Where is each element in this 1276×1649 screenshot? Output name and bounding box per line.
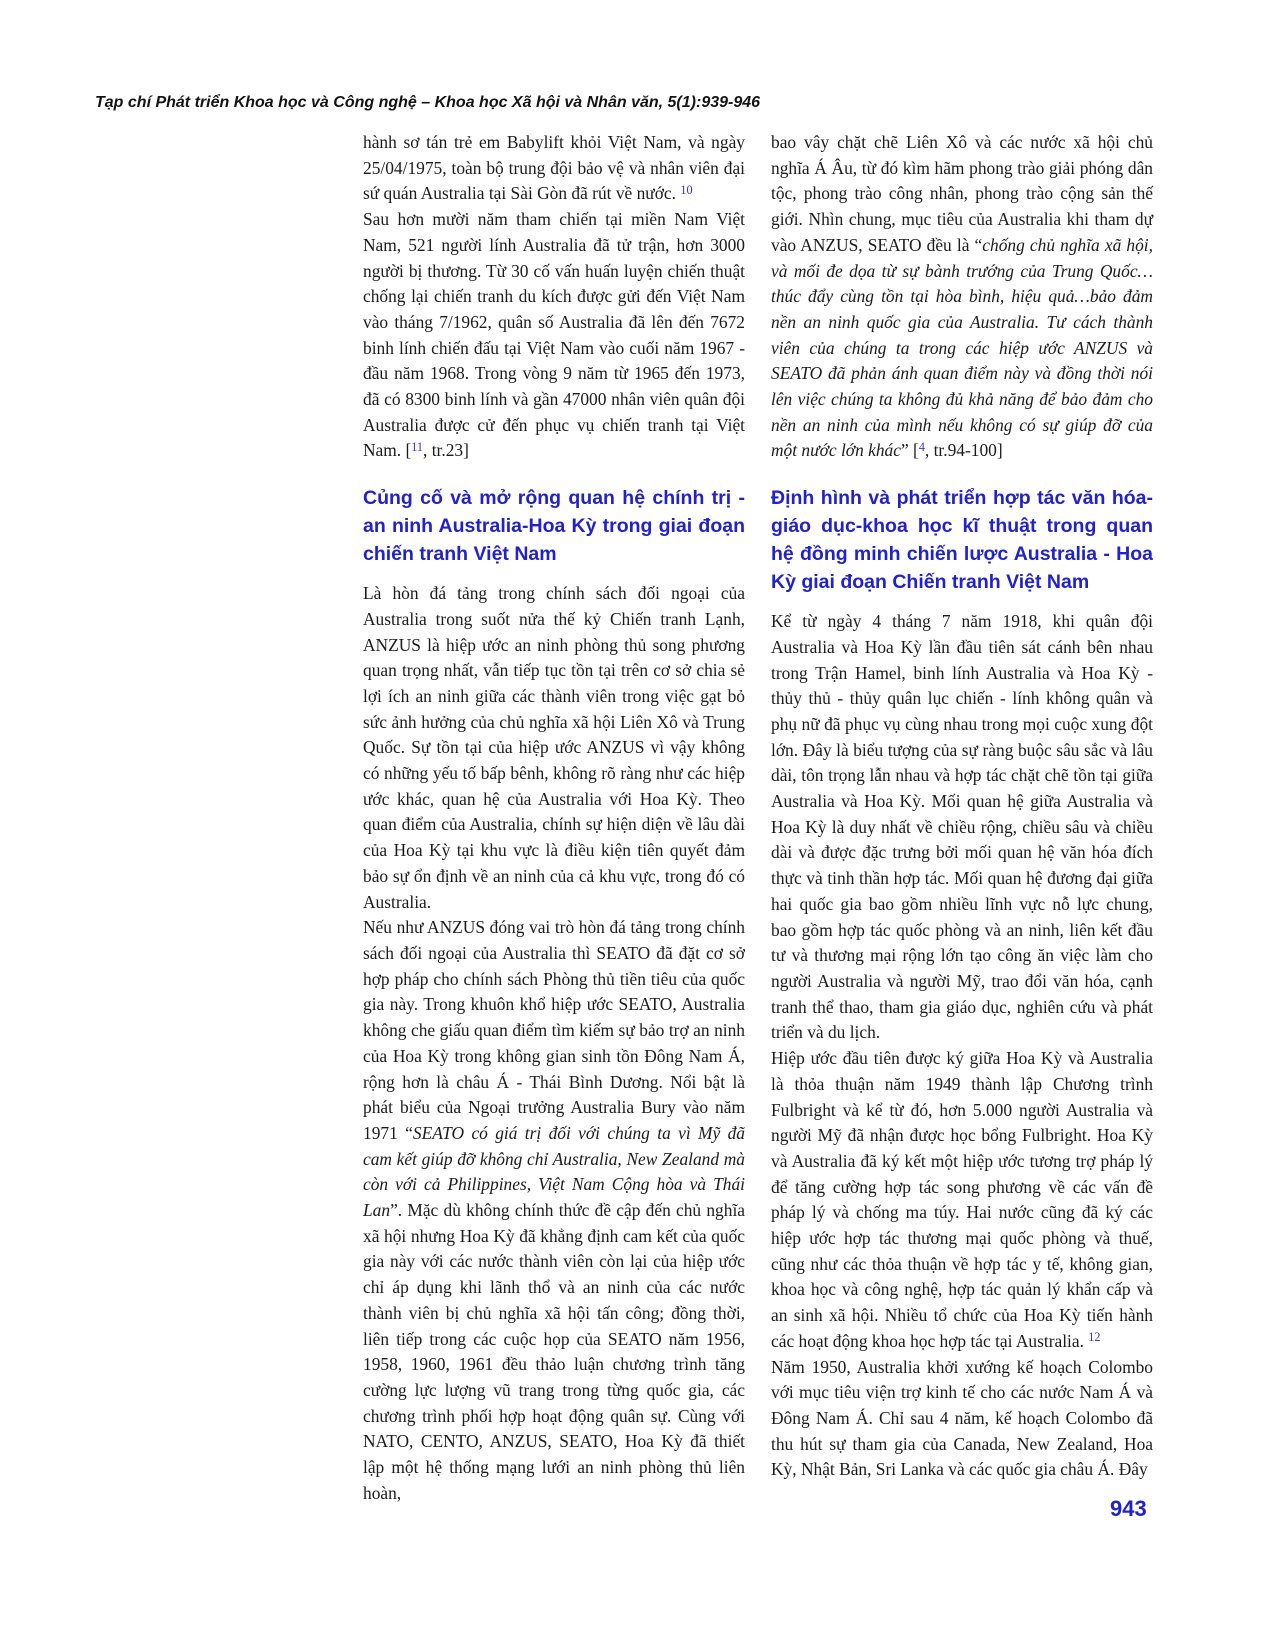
body-text: , tr.23]: [423, 440, 469, 460]
paragraph-hamel-alliance: Kể từ ngày 4 tháng 7 năm 1918, khi quân …: [771, 609, 1153, 1046]
body-text: Sau hơn mười năm tham chiến tại miền Nam…: [363, 209, 745, 460]
journal-header: Tạp chí Phát triển Khoa học và Công nghệ…: [95, 94, 760, 112]
section-heading-politics-security: Củng cố và mở rộng quan hệ chính trị - a…: [363, 484, 745, 568]
right-column: bao vây chặt chẽ Liên Xô và các nước xã …: [771, 130, 1153, 1506]
body-text: Năm 1950, Australia khởi xướng kế hoạch …: [771, 1357, 1153, 1480]
quoted-italic-text: chống chủ nghĩa xã hội, và mối đe dọa từ…: [771, 235, 1153, 461]
paragraph-war-casualties: Sau hơn mười năm tham chiến tại miền Nam…: [363, 207, 745, 464]
body-text: Hiệp ước đầu tiên được ký giữa Hoa Kỳ và…: [771, 1048, 1153, 1351]
two-column-layout: hành sơ tán trẻ em Babylift khỏi Việt Na…: [363, 130, 1153, 1506]
page-number: 943: [1110, 1496, 1147, 1522]
paragraph-anzus-treaty: Là hòn đá tảng trong chính sách đối ngoạ…: [363, 581, 745, 915]
paragraph-colombo-plan: Năm 1950, Australia khởi xướng kế hoạch …: [771, 1355, 1153, 1484]
paragraph-babylift-evacuation: hành sơ tán trẻ em Babylift khỏi Việt Na…: [363, 130, 745, 207]
citation-ref[interactable]: 10: [680, 183, 692, 197]
section-heading-culture-education: Định hình và phát triển hợp tác văn hóa-…: [771, 484, 1153, 596]
left-column: hành sơ tán trẻ em Babylift khỏi Việt Na…: [363, 130, 745, 1506]
body-text: , tr.94-100]: [925, 440, 1003, 460]
citation-ref[interactable]: 4: [919, 440, 925, 454]
paragraph-soviet-encirclement: bao vây chặt chẽ Liên Xô và các nước xã …: [771, 130, 1153, 464]
body-text: Là hòn đá tảng trong chính sách đối ngoạ…: [363, 583, 745, 911]
journal-page: Tạp chí Phát triển Khoa học và Công nghệ…: [0, 0, 1276, 1649]
body-text: Nếu như ANZUS đóng vai trò hòn đá tảng t…: [363, 917, 745, 1143]
body-text: Kể từ ngày 4 tháng 7 năm 1918, khi quân …: [771, 611, 1153, 1042]
citation-ref[interactable]: 12: [1088, 1330, 1100, 1344]
body-text: ” [: [901, 440, 919, 460]
citation-ref[interactable]: 11: [411, 440, 423, 454]
paragraph-seato-policy: Nếu như ANZUS đóng vai trò hòn đá tảng t…: [363, 915, 745, 1506]
paragraph-fulbright-agreements: Hiệp ước đầu tiên được ký giữa Hoa Kỳ và…: [771, 1046, 1153, 1354]
body-text: ”. Mặc dù không chính thức đề cập đến ch…: [363, 1200, 745, 1503]
